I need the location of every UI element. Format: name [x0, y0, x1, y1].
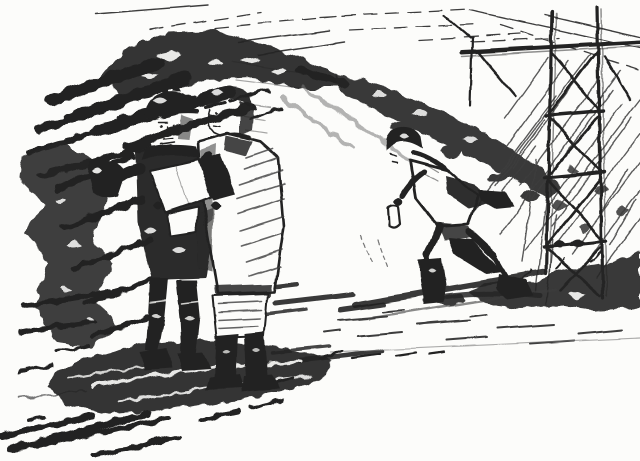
ground-dashes	[324, 310, 622, 344]
sketch-canvas: Ink sketch — survey crew at a lattice ma…	[0, 0, 640, 461]
face-shadow	[178, 114, 192, 140]
cast-shadow	[2, 340, 342, 456]
gap-shadow	[196, 208, 214, 272]
ground-faint-line	[330, 338, 640, 352]
grass-ticks	[360, 236, 388, 268]
ground-streaks	[258, 309, 330, 352]
sketch-illustration: Ink sketch — survey crew at a lattice ma…	[0, 0, 640, 461]
mouth	[214, 126, 221, 127]
rear-hand	[478, 190, 514, 208]
breeches	[212, 294, 268, 338]
held-object	[388, 206, 400, 228]
shadow-extension	[2, 414, 148, 450]
face-marks	[390, 154, 397, 163]
tower-mini-post	[444, 16, 472, 105]
